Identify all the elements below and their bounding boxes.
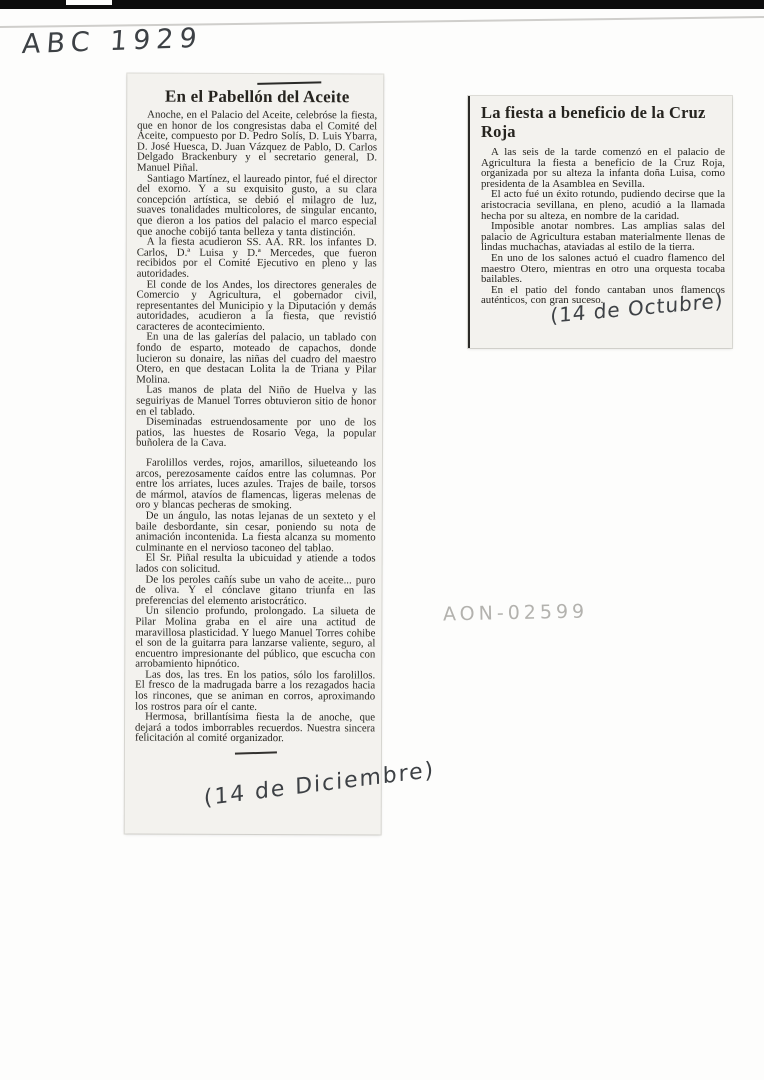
article-paragraph: El Sr. Piñal resulta la ubicuidad y atie… xyxy=(136,553,376,575)
article-paragraph: De un ángulo, las notas lejanas de un se… xyxy=(136,511,376,554)
article-end-rule xyxy=(235,751,277,754)
article-paragraph: De los peroles cañís sube un vaho de ace… xyxy=(135,574,375,607)
article-paragraph: El conde de los Andes, los directores ge… xyxy=(136,279,376,333)
left-clipping-title: En el Pabellón del Aceite xyxy=(137,87,377,107)
clipping-title-rule xyxy=(257,81,321,84)
article-paragraph: En una de las galerías del palacio, un t… xyxy=(136,332,376,386)
pencil-archive-code: AON-02599 xyxy=(443,600,589,625)
left-newspaper-clipping: En el Pabellón del Aceite Anoche, en el … xyxy=(125,74,384,835)
article-paragraph: Diseminadas estruendosamente por uno de … xyxy=(136,417,376,450)
article-paragraph: Anoche, en el Palacio del Aceite, celebr… xyxy=(137,110,377,174)
article-paragraph: Imposible anotar nombres. Las amplias sa… xyxy=(481,221,725,253)
scan-top-edge-bar xyxy=(0,0,764,9)
scan-top-edge-notch xyxy=(66,0,112,5)
article-paragraph: A la fiesta acudieron SS. AA. RR. los in… xyxy=(137,237,377,280)
right-clipping-title: La fiesta a beneficio de la Cruz Roja xyxy=(481,103,725,141)
article-paragraph: Hermosa, brillantísima fiesta la de anoc… xyxy=(135,712,375,745)
article-paragraph: Santiago Martínez, el laureado pintor, f… xyxy=(137,173,377,237)
article-paragraph: Un silencio profundo, prolongado. La sil… xyxy=(135,606,375,670)
article-paragraph: Las dos, las tres. En los patios, sólo l… xyxy=(135,669,375,712)
right-clipping-body: A las seis de la tarde comenzó en el pal… xyxy=(481,147,725,306)
article-paragraph: En uno de los salones actuó el cuadro fl… xyxy=(481,253,725,285)
article-paragraph: A las seis de la tarde comenzó en el pal… xyxy=(481,147,725,189)
left-clipping-body: Anoche, en el Palacio del Aceite, celebr… xyxy=(135,110,377,745)
article-paragraph: Farolillos verdes, rojos, amarillos, sil… xyxy=(136,458,376,512)
handwritten-note-abc-1929: ABC 1929 xyxy=(21,23,204,60)
article-paragraph: Las manos de plata del Niño de Huelva y … xyxy=(136,385,376,418)
article-paragraph: El acto fué un éxito rotundo, pudiendo d… xyxy=(481,189,725,221)
